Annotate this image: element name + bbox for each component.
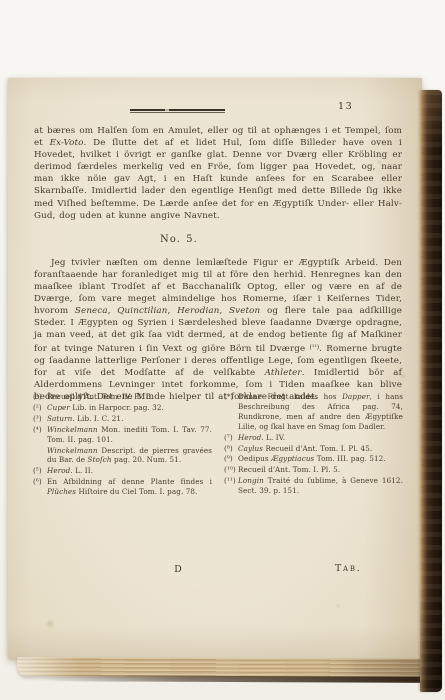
ornament-rule-top <box>130 109 225 111</box>
footnote-item: (¹⁰) Recueil d'Ant. Tom. I. Pl. 5. <box>224 465 403 475</box>
footnotes-section: (¹) Recueil d'Ant. Tom. IV. Pl. 6. (²) C… <box>33 392 403 498</box>
footnote-text: Winckelmann Mon. inediti Tom. I. Tav. 77… <box>47 425 212 444</box>
footnote-marker: (⁵) <box>33 466 42 476</box>
book-fore-edge <box>420 90 442 692</box>
footnote-item: (*) Denne Frugt kaldes hos Dapper, i han… <box>224 392 403 432</box>
footnote-marker: (⁴) <box>33 425 42 435</box>
footnote-item: (¹¹) Longin Traité du ſublime, à Geneve … <box>224 476 403 496</box>
section-heading: No. 5. <box>34 234 324 246</box>
footnote-marker: (³) <box>33 414 42 424</box>
footnote-marker: (²) <box>33 403 42 413</box>
text-block: at bæres om Halſen ſom en Amulet, eller … <box>34 125 402 403</box>
continuation-paragraph: at bæres om Halſen ſom en Amulet, eller … <box>34 125 402 222</box>
header-rule-ornament <box>130 109 225 113</box>
footnote-item: (⁵) Herod. L. II. <box>33 466 212 476</box>
footnotes-left-column: (¹) Recueil d'Ant. Tom. IV. Pl. 6. (²) C… <box>33 392 212 498</box>
book-page: 13 at bæres om Halſen ſom en Amulet, ell… <box>8 78 422 660</box>
footnote-text: Oedipus Ægyptiacus Tom. III. pag. 512. <box>238 454 386 463</box>
footnote-item: (⁷) Herod. L. IV. <box>224 433 403 443</box>
footnote-marker: (⁶) <box>33 477 42 487</box>
footnote-text: Cuper Lib. in Harpocr. pag. 32. <box>47 403 164 412</box>
footnote-item: (²) Cuper Lib. in Harpocr. pag. 32. <box>33 403 212 413</box>
footnote-text: Saturn. Lib. I. C. 21. <box>47 414 123 423</box>
footnote-item: (⁴) Winckelmann Mon. inediti Tom. I. Tav… <box>33 425 212 445</box>
footnote-marker: (¹) <box>33 392 42 402</box>
footnote-text: En Afbildning af denne Plante findes i P… <box>47 477 212 496</box>
footnote-item-continuation: Winckelmann Descript. de pierres gravées… <box>33 446 212 466</box>
book-bottom-edges <box>17 657 438 678</box>
footnote-text: Recueil d'Ant. Tom. I. Pl. 5. <box>238 465 340 474</box>
footnote-marker: (¹⁰) <box>224 465 236 475</box>
footnote-item: (³) Saturn. Lib. I. C. 21. <box>33 414 212 424</box>
footnotes-right-column: (*) Denne Frugt kaldes hos Dapper, i han… <box>224 392 403 498</box>
catchword: Tab. <box>335 563 362 574</box>
footnote-text: Herod. L. II. <box>47 466 93 475</box>
footnote-text: Longin Traité du ſublime, à Geneve 1612.… <box>238 476 403 495</box>
footnote-text: Denne Frugt kaldes hos Dapper, i hans Be… <box>238 392 403 431</box>
footnote-text: Caylus Recueil d'Ant. Tom. I. Pl. 45. <box>238 444 372 453</box>
footnote-marker: (⁸) <box>224 444 233 454</box>
footnote-marker: (⁷) <box>224 433 233 443</box>
footnote-text: Recueil d'Ant. Tom. IV. Pl. 6. <box>47 392 153 401</box>
ornament-rule-bottom <box>130 112 225 113</box>
footnote-marker: (*) <box>224 392 234 402</box>
footnote-marker: (⁹) <box>224 454 233 464</box>
signature-mark: D <box>171 564 185 575</box>
page-number: 13 <box>338 101 353 112</box>
footnote-item: (¹) Recueil d'Ant. Tom. IV. Pl. 6. <box>33 392 212 402</box>
section-paragraph: Jeg tvivler næſten om denne lemlæſtede F… <box>34 257 402 403</box>
photo-backdrop: 13 at bæres om Halſen ſom en Amulet, ell… <box>0 0 445 700</box>
footnote-item: (⁹) Oedipus Ægyptiacus Tom. III. pag. 51… <box>224 454 403 464</box>
footnote-item: (⁸) Caylus Recueil d'Ant. Tom. I. Pl. 45… <box>224 444 403 454</box>
footnote-marker: (¹¹) <box>224 476 236 486</box>
footnote-item: (⁶) En Afbildning af denne Plante findes… <box>33 477 212 497</box>
footnote-text: Winckelmann Descript. de pierres gravées… <box>47 446 212 465</box>
footnote-text: Herod. L. IV. <box>238 433 285 442</box>
